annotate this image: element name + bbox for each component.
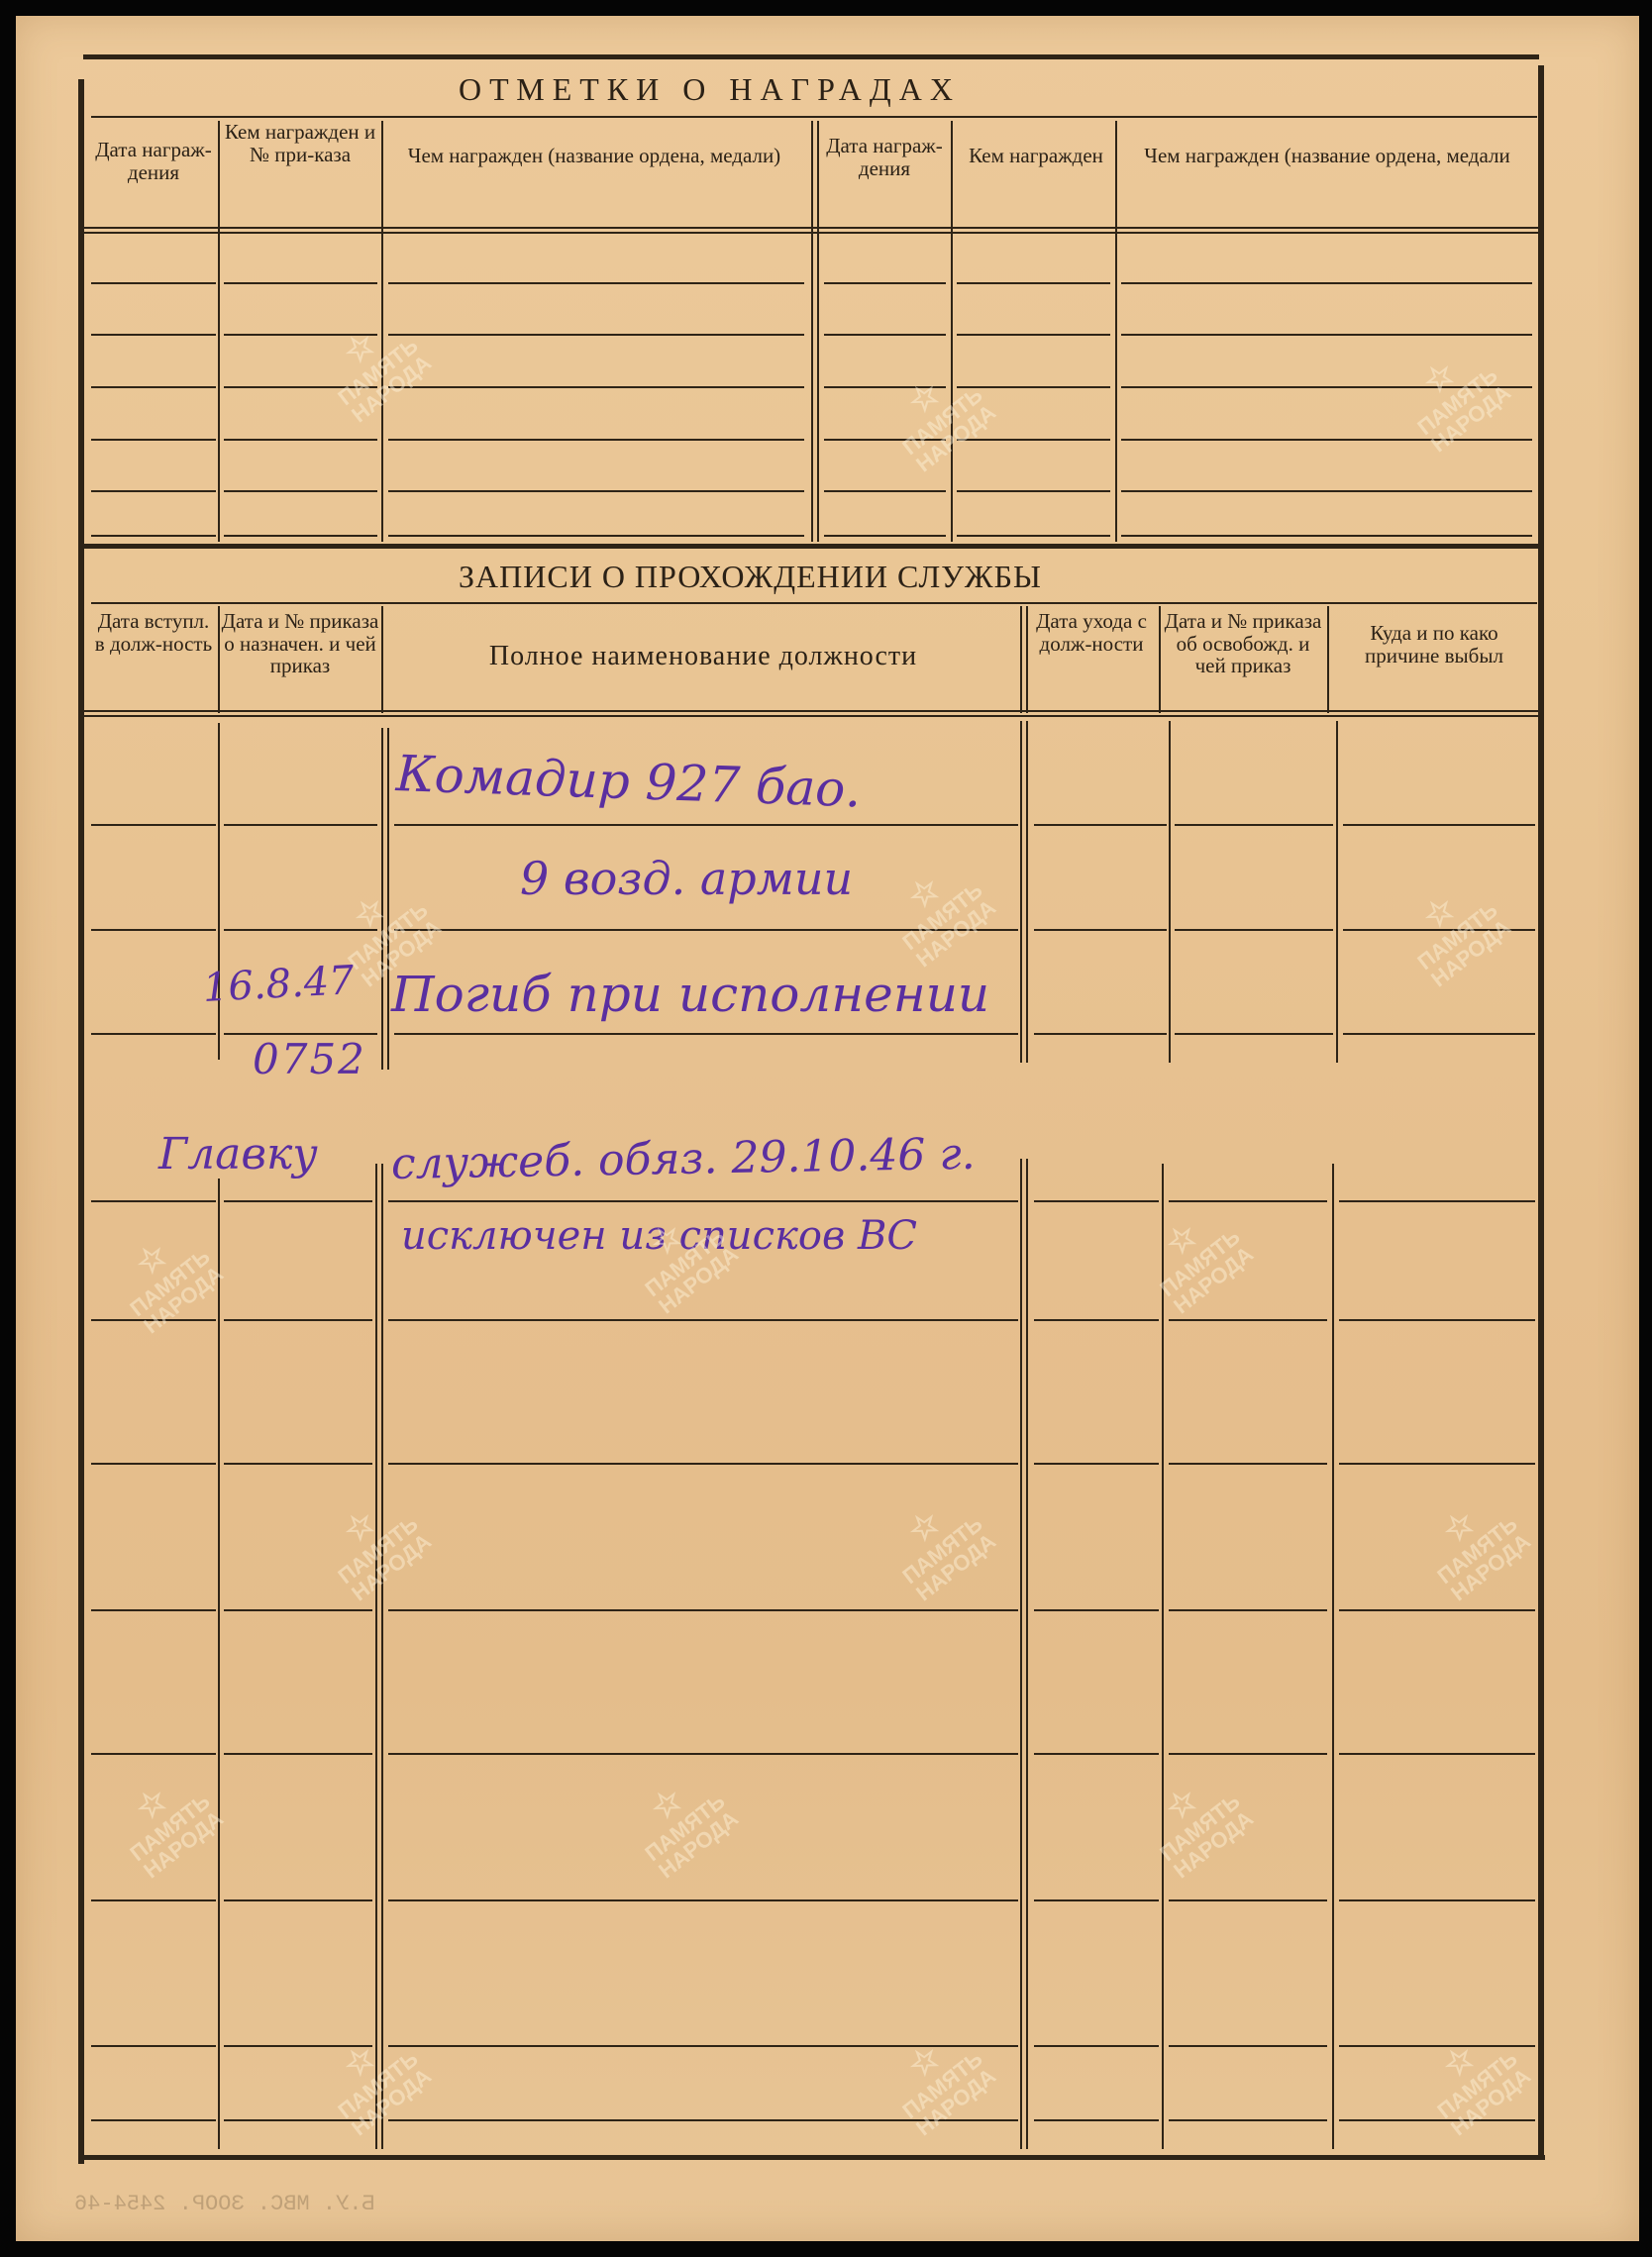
service-row-line [1169, 2045, 1327, 2047]
awards-header-rule-2 [79, 232, 1540, 234]
service-row-line [1034, 1033, 1167, 1035]
service-row-line [388, 1200, 1018, 1202]
awards-title: ОТМЕТКИ О НАГРАДАХ [459, 71, 961, 108]
awards-row-line [224, 535, 377, 537]
service-vline-double [1020, 721, 1022, 1063]
service-row-line [91, 2045, 216, 2047]
awards-row-line [1121, 439, 1532, 441]
awards-row-line [957, 439, 1110, 441]
awards-row-line [224, 439, 377, 441]
service-row-line [1034, 1319, 1159, 1321]
service-row-line [1034, 929, 1167, 931]
service-row-line [91, 1463, 216, 1465]
service-row-line [1339, 1463, 1535, 1465]
service-row-line [224, 1200, 372, 1202]
awards-row-line [957, 282, 1110, 284]
awards-row-line [957, 490, 1110, 492]
awards-col-date: Дата награж-дения [91, 139, 216, 183]
service-row-line [1169, 1319, 1327, 1321]
service-row-line [1034, 2119, 1159, 2121]
service-row-line [91, 824, 216, 826]
awards-row-line [957, 334, 1110, 336]
awards-row-line [388, 439, 804, 441]
awards-row-line [224, 282, 377, 284]
frame-bottom [79, 2155, 1545, 2160]
awards-row-line [957, 386, 1110, 388]
awards-row-line [824, 334, 946, 336]
awards-row-line [824, 490, 946, 492]
service-row-line [1175, 929, 1333, 931]
service-row-line [1339, 1753, 1535, 1755]
service-col-reason: Куда и по како причине выбыл [1333, 622, 1535, 667]
section-divider [79, 544, 1540, 549]
service-row-line [1343, 1033, 1535, 1035]
service-vline-double [1026, 721, 1028, 1063]
service-row-line [1034, 1609, 1159, 1611]
handwritten-order-number: 0752 [253, 1035, 366, 1083]
service-row-line [91, 1899, 216, 1901]
service-row-line [1034, 824, 1167, 826]
service-col-release-order: Дата и № приказа об освобожд. и чей прик… [1161, 610, 1325, 677]
awards-col-date-2: Дата награж-дения [820, 135, 949, 179]
service-row-line [1339, 2119, 1535, 2121]
awards-row-line [824, 535, 946, 537]
awards-vline [951, 121, 953, 542]
awards-row-line [1121, 490, 1532, 492]
service-row-line [1339, 1200, 1535, 1202]
awards-vline-double [817, 121, 819, 542]
awards-vline-double [811, 121, 813, 542]
awards-row-line [91, 282, 216, 284]
service-vline-double [381, 1164, 383, 2149]
service-row-line [91, 1609, 216, 1611]
service-title: ЗАПИСИ О ПРОХОЖДЕНИИ СЛУЖБЫ [459, 559, 1042, 595]
service-row-line [224, 1463, 372, 1465]
awards-vline [1115, 121, 1117, 542]
awards-row-line [388, 490, 804, 492]
awards-col-what: Чем награжден (название ордена, медали) [396, 145, 792, 167]
service-col-end-date: Дата ухода с долж-ности [1028, 610, 1155, 655]
awards-vline [218, 121, 220, 542]
service-row-line [1034, 1463, 1159, 1465]
handwritten-note-line2: служеб. обяз. 29.10.46 г. [391, 1129, 976, 1189]
service-col-position: Полное наименование должности [396, 642, 1010, 671]
service-row-line [224, 1899, 372, 1901]
service-row-line [91, 929, 216, 931]
service-vline [1336, 721, 1338, 1063]
service-row-line [388, 1609, 1018, 1611]
service-vline [1169, 721, 1171, 1063]
awards-row-line [388, 386, 804, 388]
service-vline-double [1020, 1159, 1022, 2149]
service-vline [381, 606, 383, 713]
awards-row-line [91, 334, 216, 336]
service-row-line [1169, 1200, 1327, 1202]
awards-row-line [824, 282, 946, 284]
awards-col-by-whom: Кем награжден и № при-каза [220, 121, 380, 165]
service-row-line [1343, 824, 1535, 826]
service-col-appoint-order: Дата и № приказа о назначен. и чей прика… [220, 610, 380, 677]
awards-row-line [388, 334, 804, 336]
service-vline [218, 606, 220, 713]
service-header-rule-2 [79, 715, 1540, 717]
service-row-line [1034, 1200, 1159, 1202]
awards-row-line [91, 439, 216, 441]
awards-row-line [388, 535, 804, 537]
awards-row-line [224, 490, 377, 492]
service-row-line [224, 1319, 372, 1321]
service-vline-double [375, 1164, 377, 2149]
service-row-line [394, 1033, 1018, 1035]
awards-row-line [388, 282, 804, 284]
service-vline [1332, 1164, 1334, 2149]
service-row-line [224, 1609, 372, 1611]
service-row-line [1339, 1609, 1535, 1611]
service-row-line [224, 1753, 372, 1755]
service-row-line [91, 1753, 216, 1755]
service-col-start-date: Дата вступл. в долж-ность [91, 610, 216, 655]
service-vline [1159, 606, 1161, 713]
handwritten-date: 16.8.47 [202, 958, 356, 1011]
service-row-line [1175, 1033, 1333, 1035]
awards-col-by-whom-2: Кем награжден [957, 145, 1115, 167]
service-vline [1327, 606, 1329, 713]
awards-col-what-2: Чем награжден (название ордена, медали [1129, 145, 1525, 167]
service-row-line [1034, 2045, 1159, 2047]
service-vline-double [1026, 606, 1028, 713]
service-row-line [1169, 2119, 1327, 2121]
service-row-line [388, 1319, 1018, 1321]
service-row-line [394, 824, 1018, 826]
frame-top [83, 54, 1539, 59]
service-row-line [91, 1200, 216, 1202]
service-row-line [1339, 1899, 1535, 1901]
service-row-line [1339, 1319, 1535, 1321]
service-row-line [1169, 1753, 1327, 1755]
service-vline-double [1026, 1159, 1028, 2149]
service-row-line [91, 1033, 216, 1035]
service-vline [218, 1179, 220, 2149]
service-row-line [388, 1753, 1018, 1755]
service-header-rule [79, 710, 1540, 712]
awards-row-line [91, 386, 216, 388]
service-title-rule [91, 602, 1537, 604]
service-row-line [1034, 1753, 1159, 1755]
service-row-line [388, 1463, 1018, 1465]
service-row-line [1034, 1899, 1159, 1901]
awards-row-line [91, 490, 216, 492]
service-vline-double [1020, 606, 1022, 713]
handwritten-position-line2: 9 возд. армии [520, 852, 853, 905]
awards-row-line [91, 535, 216, 537]
frame-left [78, 79, 84, 2164]
service-vline [1162, 1164, 1164, 2149]
service-row-line [224, 824, 377, 826]
awards-title-rule [91, 116, 1537, 118]
service-row-line [1175, 824, 1333, 826]
print-code: Б.У. МВС. ЗООР. 2454-46 [74, 2192, 375, 2216]
service-row-line [1169, 1899, 1327, 1901]
service-row-line [1169, 1609, 1327, 1611]
handwritten-note-left: Главку [158, 1129, 318, 1180]
awards-row-line [957, 535, 1110, 537]
awards-row-line [1121, 535, 1532, 537]
awards-row-line [1121, 282, 1532, 284]
service-row-line [91, 2119, 216, 2121]
handwritten-note-line1: Погиб при исполнении [391, 966, 989, 1023]
awards-header-rule [79, 227, 1540, 229]
service-row-line [1169, 1463, 1327, 1465]
frame-right [1538, 65, 1544, 2155]
awards-row-line [1121, 334, 1532, 336]
service-row-line [388, 1899, 1018, 1901]
